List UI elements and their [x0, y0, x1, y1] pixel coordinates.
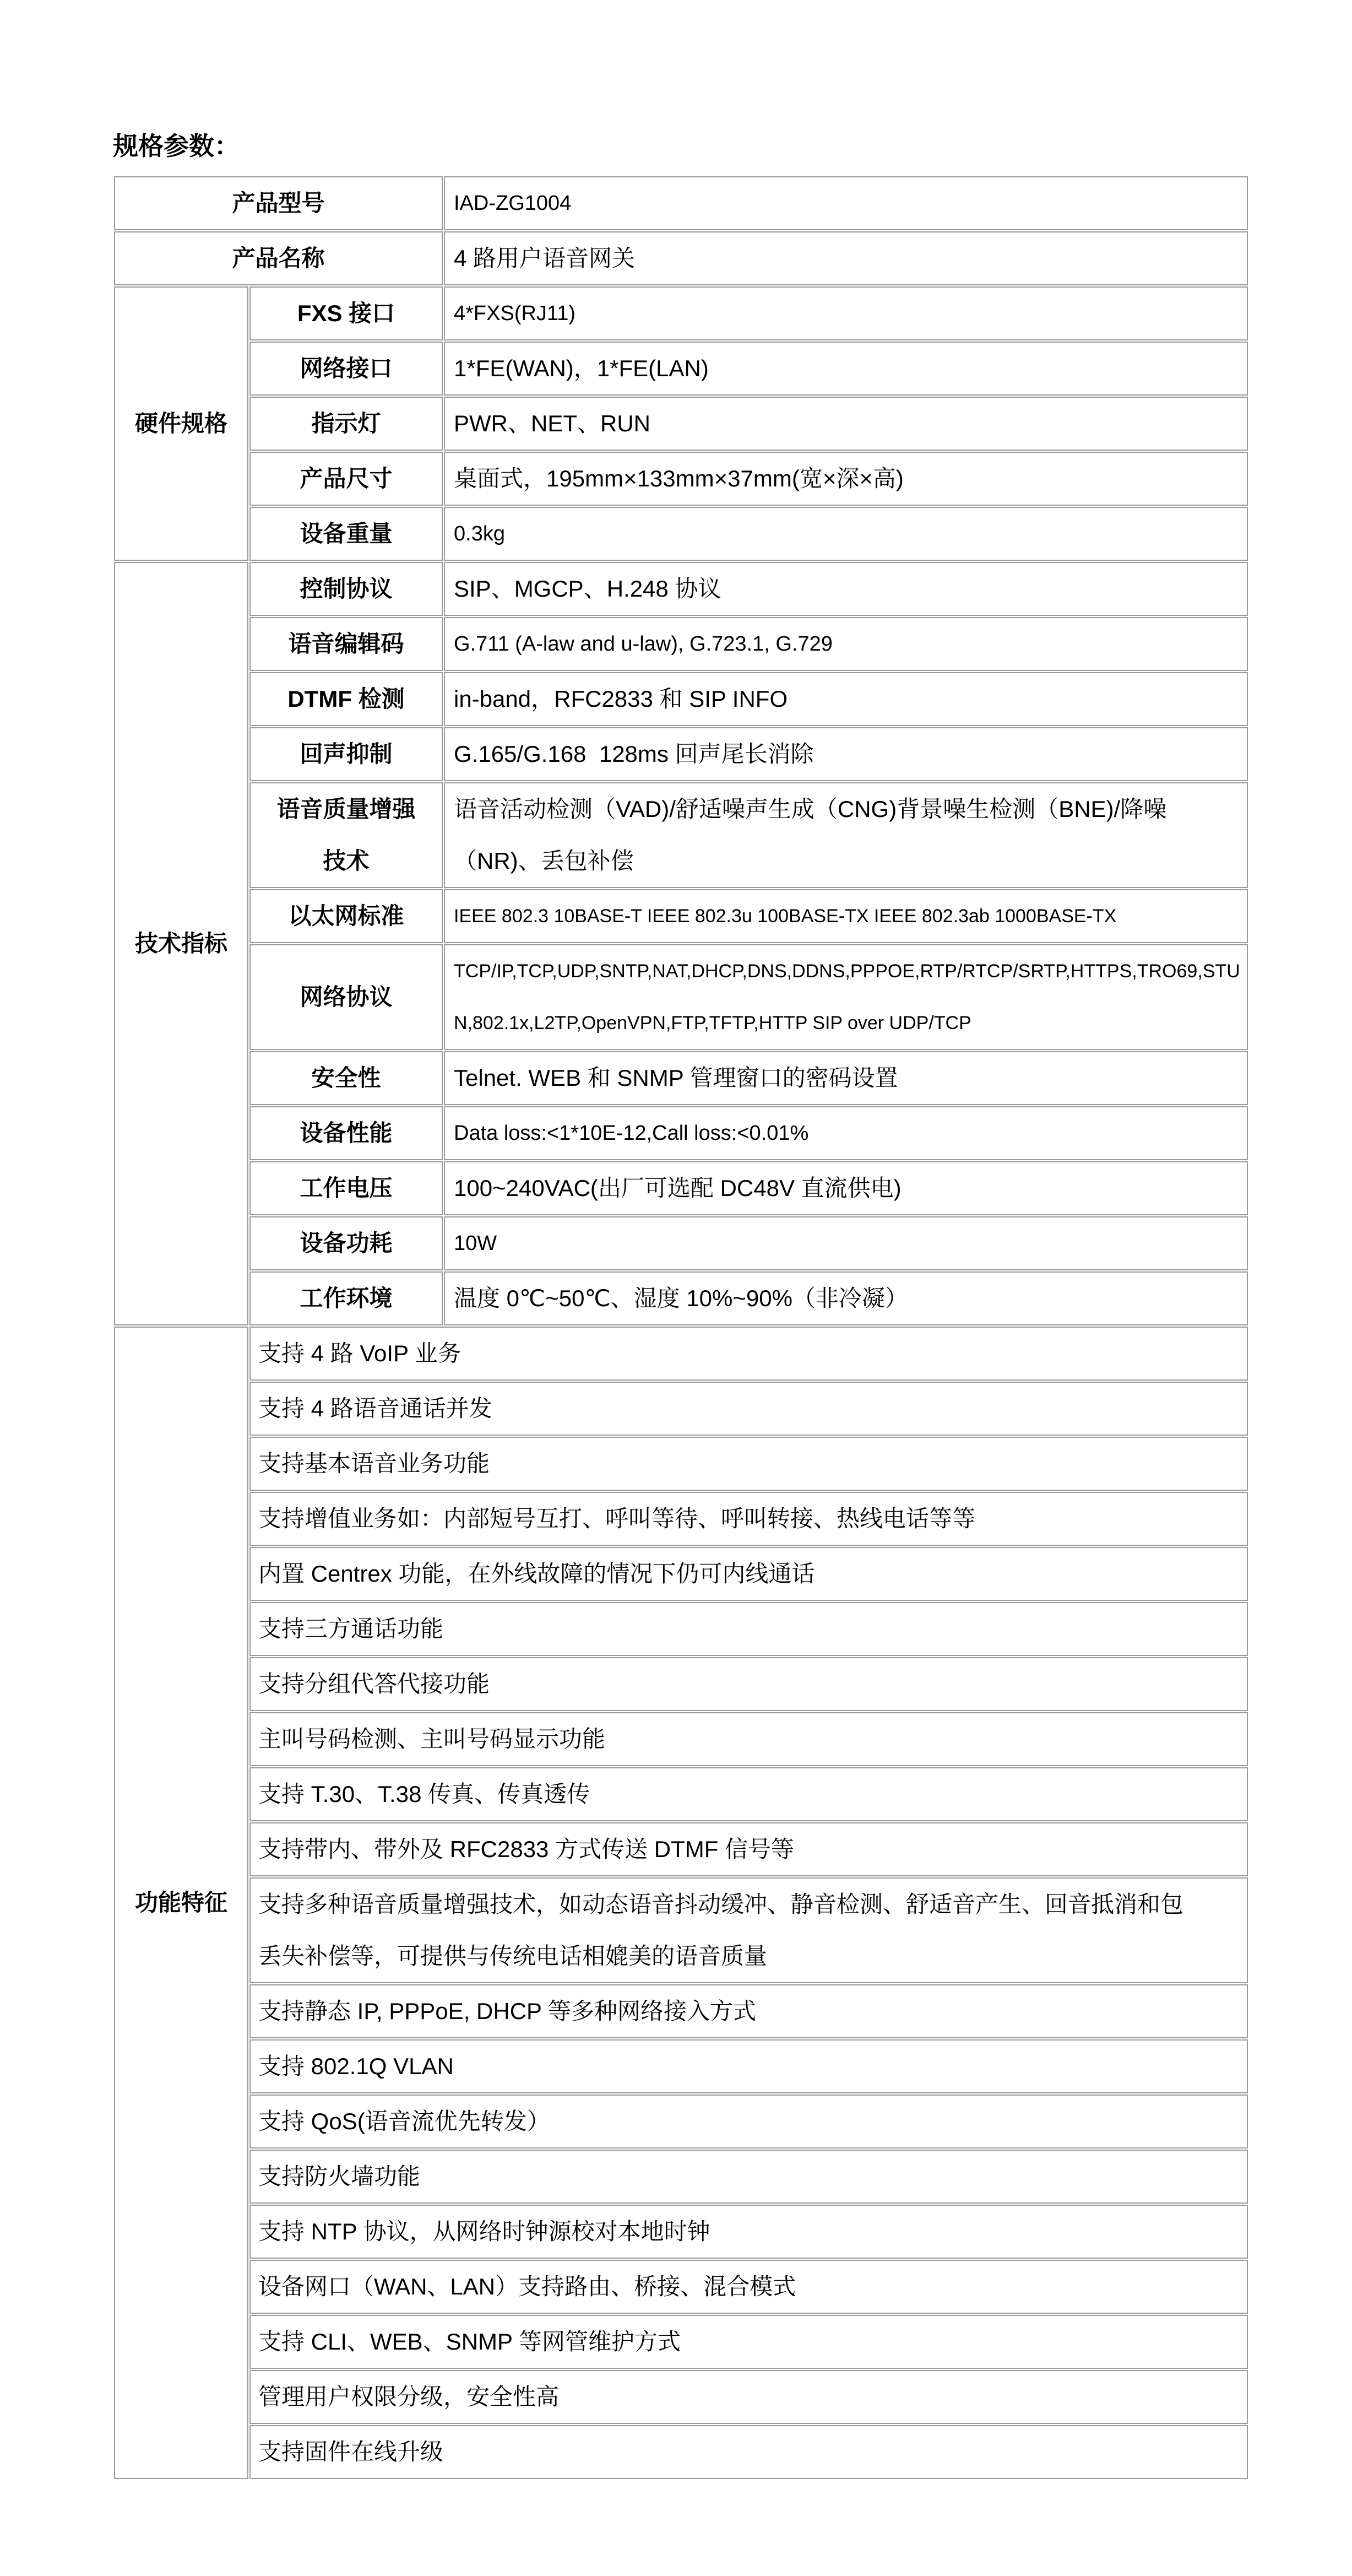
row-label: 设备重量	[249, 507, 443, 561]
table-row: 主叫号码检测、主叫号码显示功能	[114, 1712, 1248, 1766]
table-row: 支持 QoS(语音流优先转发）	[114, 2095, 1248, 2149]
row-value: 1*FE(WAN)，1*FE(LAN)	[444, 342, 1248, 396]
page-title: 规格参数：	[113, 130, 240, 163]
row-label: 指示灯	[249, 397, 443, 451]
table-row: 语音质量增强技术语音活动检测（VAD)/舒适噪声生成（CNG)背景噪生检测（BN…	[114, 782, 1248, 888]
table-row: 支持 NTP 协议，从网络时钟源校对本地时钟	[114, 2205, 1248, 2259]
table-row: 技术指标控制协议SIP、MGCP、H.248 协议	[114, 562, 1248, 616]
table-row: 支持基本语音业务功能	[114, 1437, 1248, 1491]
row-value: 语音活动检测（VAD)/舒适噪声生成（CNG)背景噪生检测（BNE)/降噪（NR…	[444, 782, 1248, 888]
row-label: 语音质量增强技术	[249, 782, 443, 888]
row-label: 语音编辑码	[249, 617, 443, 671]
table-row: 指示灯PWR、NET、RUN	[114, 397, 1248, 451]
table-row: 支持 802.1Q VLAN	[114, 2039, 1248, 2093]
table-row: 支持 T.30、T.38 传真、传真透传	[114, 1767, 1248, 1821]
row-label: 设备性能	[249, 1106, 443, 1160]
table-row: 管理用户权限分级，安全性高	[114, 2370, 1248, 2424]
feature-text: 支持 NTP 协议，从网络时钟源校对本地时钟	[249, 2205, 1248, 2259]
spec-table: 产品型号IAD-ZG1004产品名称4 路用户语音网关硬件规格FXS 接口4*F…	[113, 175, 1249, 2480]
feature-text: 支持 T.30、T.38 传真、传真透传	[249, 1767, 1248, 1821]
feature-text: 支持增值业务如：内部短号互打、呼叫等待、呼叫转接、热线电话等等	[249, 1492, 1248, 1546]
row-value: 4*FXS(RJ11)	[444, 286, 1248, 340]
row-label: 产品名称	[114, 231, 443, 285]
table-row: 设备性能Data loss:<1*10E-12,Call loss:<0.01%	[114, 1106, 1248, 1160]
row-value: in-band，RFC2833 和 SIP INFO	[444, 672, 1248, 726]
table-row: 支持 4 路语音通话并发	[114, 1382, 1248, 1436]
row-label: 工作环境	[249, 1271, 443, 1325]
feature-text: 支持分组代答代接功能	[249, 1657, 1248, 1711]
row-label: FXS 接口	[249, 286, 443, 340]
table-row: 支持防火墙功能	[114, 2150, 1248, 2204]
table-row: DTMF 检测in-band，RFC2833 和 SIP INFO	[114, 672, 1248, 726]
table-row: 设备网口（WAN、LAN）支持路由、桥接、混合模式	[114, 2260, 1248, 2314]
feature-text: 主叫号码检测、主叫号码显示功能	[249, 1712, 1248, 1766]
feature-text: 支持 4 路 VoIP 业务	[249, 1327, 1248, 1381]
row-value: 桌面式，195mm×133mm×37mm(宽×深×高)	[444, 452, 1248, 506]
row-value: 0.3kg	[444, 507, 1248, 561]
table-row: 语音编辑码G.711 (A-law and u-law), G.723.1, G…	[114, 617, 1248, 671]
row-label: 回声抑制	[249, 727, 443, 781]
row-label: 控制协议	[249, 562, 443, 616]
feature-text: 设备网口（WAN、LAN）支持路由、桥接、混合模式	[249, 2260, 1248, 2314]
table-row: 回声抑制G.165/G.168 128ms 回声尾长消除	[114, 727, 1248, 781]
table-row: 工作环境温度 0℃~50℃、湿度 10%~90%（非冷凝）	[114, 1271, 1248, 1325]
table-row: 安全性Telnet. WEB 和 SNMP 管理窗口的密码设置	[114, 1051, 1248, 1105]
table-row: 产品名称4 路用户语音网关	[114, 231, 1248, 285]
feature-text: 内置 Centrex 功能，在外线故障的情况下仍可内线通话	[249, 1547, 1248, 1601]
table-row: 设备功耗10W	[114, 1216, 1248, 1270]
row-value: 温度 0℃~50℃、湿度 10%~90%（非冷凝）	[444, 1271, 1248, 1325]
table-row: 硬件规格FXS 接口4*FXS(RJ11)	[114, 286, 1248, 340]
feature-text: 支持带内、带外及 RFC2833 方式传送 DTMF 信号等	[249, 1822, 1248, 1876]
row-value: IEEE 802.3 10BASE-T IEEE 802.3u 100BASE-…	[444, 889, 1248, 943]
table-row: 网络协议TCP/IP,TCP,UDP,SNTP,NAT,DHCP,DNS,DDN…	[114, 944, 1248, 1050]
row-value: Telnet. WEB 和 SNMP 管理窗口的密码设置	[444, 1051, 1248, 1105]
table-row: 支持增值业务如：内部短号互打、呼叫等待、呼叫转接、热线电话等等	[114, 1492, 1248, 1546]
feature-text: 管理用户权限分级，安全性高	[249, 2370, 1248, 2424]
row-label: 以太网标准	[249, 889, 443, 943]
table-row: 设备重量0.3kg	[114, 507, 1248, 561]
table-row: 产品尺寸桌面式，195mm×133mm×37mm(宽×深×高)	[114, 452, 1248, 506]
table-row: 支持静态 IP, PPPoE, DHCP 等多种网络接入方式	[114, 1984, 1248, 2038]
table-row: 内置 Centrex 功能，在外线故障的情况下仍可内线通话	[114, 1547, 1248, 1601]
feature-text: 支持基本语音业务功能	[249, 1437, 1248, 1491]
row-value: PWR、NET、RUN	[444, 397, 1248, 451]
feature-text: 支持 802.1Q VLAN	[249, 2039, 1248, 2093]
row-value: IAD-ZG1004	[444, 176, 1248, 230]
table-row: 支持三方通话功能	[114, 1602, 1248, 1656]
feature-text: 支持 CLI、WEB、SNMP 等网管维护方式	[249, 2315, 1248, 2369]
row-label: 产品尺寸	[249, 452, 443, 506]
table-row: 支持固件在线升级	[114, 2425, 1248, 2479]
row-value: Data loss:<1*10E-12,Call loss:<0.01%	[444, 1106, 1248, 1160]
row-label: 网络协议	[249, 944, 443, 1050]
table-row: 功能特征支持 4 路 VoIP 业务	[114, 1327, 1248, 1381]
row-label: 安全性	[249, 1051, 443, 1105]
row-value: G.165/G.168 128ms 回声尾长消除	[444, 727, 1248, 781]
row-label: DTMF 检测	[249, 672, 443, 726]
row-value: SIP、MGCP、H.248 协议	[444, 562, 1248, 616]
feature-text: 支持 4 路语音通话并发	[249, 1382, 1248, 1436]
row-value: TCP/IP,TCP,UDP,SNTP,NAT,DHCP,DNS,DDNS,PP…	[444, 944, 1248, 1050]
row-label: 产品型号	[114, 176, 443, 230]
row-label: 设备功耗	[249, 1216, 443, 1270]
feature-text: 支持多种语音质量增强技术，如动态语音抖动缓冲、静音检测、舒适音产生、回音抵消和包…	[249, 1877, 1248, 1983]
table-row: 支持多种语音质量增强技术，如动态语音抖动缓冲、静音检测、舒适音产生、回音抵消和包…	[114, 1877, 1248, 1983]
table-row: 支持带内、带外及 RFC2833 方式传送 DTMF 信号等	[114, 1822, 1248, 1876]
feature-text: 支持三方通话功能	[249, 1602, 1248, 1656]
row-value: G.711 (A-law and u-law), G.723.1, G.729	[444, 617, 1248, 671]
row-value: 4 路用户语音网关	[444, 231, 1248, 285]
section-label: 硬件规格	[114, 286, 248, 561]
row-label: 网络接口	[249, 342, 443, 396]
feature-text: 支持防火墙功能	[249, 2150, 1248, 2204]
row-value: 10W	[444, 1216, 1248, 1270]
row-value: 100~240VAC(出厂可选配 DC48V 直流供电)	[444, 1161, 1248, 1215]
section-label: 功能特征	[114, 1327, 248, 2479]
table-row: 网络接口1*FE(WAN)，1*FE(LAN)	[114, 342, 1248, 396]
table-row: 支持 CLI、WEB、SNMP 等网管维护方式	[114, 2315, 1248, 2369]
table-row: 以太网标准IEEE 802.3 10BASE-T IEEE 802.3u 100…	[114, 889, 1248, 943]
section-label: 技术指标	[114, 562, 248, 1325]
table-row: 工作电压100~240VAC(出厂可选配 DC48V 直流供电)	[114, 1161, 1248, 1215]
feature-text: 支持固件在线升级	[249, 2425, 1248, 2479]
document-page: 规格参数： 产品型号IAD-ZG1004产品名称4 路用户语音网关硬件规格FXS…	[0, 0, 1352, 2576]
row-label: 工作电压	[249, 1161, 443, 1215]
table-row: 支持分组代答代接功能	[114, 1657, 1248, 1711]
feature-text: 支持静态 IP, PPPoE, DHCP 等多种网络接入方式	[249, 1984, 1248, 2038]
feature-text: 支持 QoS(语音流优先转发）	[249, 2095, 1248, 2149]
table-row: 产品型号IAD-ZG1004	[114, 176, 1248, 230]
